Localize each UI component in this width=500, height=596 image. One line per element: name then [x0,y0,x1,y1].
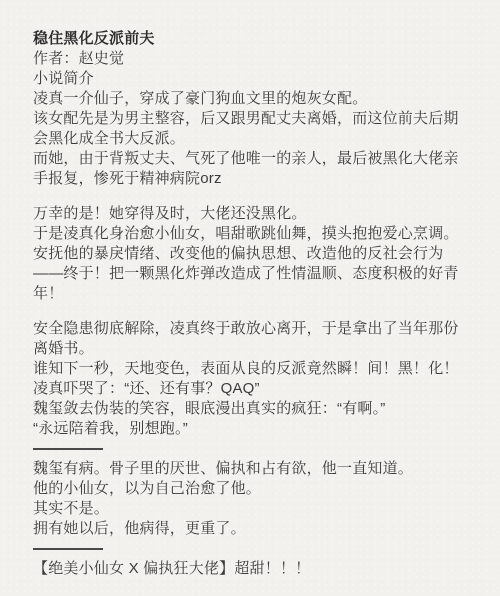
divider-line [33,448,103,450]
synopsis-paragraph: “永远陪着我，别想跑。” [33,419,468,439]
section-label: 小说简介 [33,69,468,89]
synopsis-paragraph: 谁知下一秒，天地变色，表面从良的反派竟然瞬！间！黑！化！ [33,359,468,379]
divider-line [33,548,103,550]
cp-tagline: 【绝美小仙女 X 偏执狂大佬】超甜！！！ [33,559,468,579]
synopsis-block-4: 魏玺有病。骨子里的厌世、偏执和占有欲，他一直知道。 他的小仙女，以为自己治愈了他… [33,459,468,539]
author-line: 作者：赵史觉 [33,49,468,69]
synopsis-paragraph: 而她，由于背叛丈夫、气死了他唯一的亲人，最后被黑化大佬亲手报复，惨死于精神病院o… [33,149,468,189]
synopsis-block-3: 安全隐患彻底解除，凌真终于敢放心离开，于是拿出了当年那份离婚书。 谁知下一秒，天… [33,319,468,439]
synopsis-paragraph: 安全隐患彻底解除，凌真终于敢放心离开，于是拿出了当年那份离婚书。 [33,319,468,359]
section-divider [33,439,468,459]
synopsis-paragraph: 该女配先是为男主整容，后又跟男配丈夫离婚，而这位前夫后期会黑化成全书大反派。 [33,109,468,149]
synopsis-paragraph: 拥有她以后，他病得，更重了。 [33,519,468,539]
synopsis-paragraph: 凌真吓哭了：“还、还有事？QAQ” [33,379,468,399]
synopsis-paragraph: 他的小仙女，以为自己治愈了他。 [33,479,468,499]
synopsis-paragraph: 万幸的是！她穿得及时，大佬还没黑化。 [33,204,468,224]
synopsis-block-2: 万幸的是！她穿得及时，大佬还没黑化。 于是凌真化身治愈小仙女，唱甜歌跳仙舞，摸头… [33,204,468,304]
synopsis-paragraph: 于是凌真化身治愈小仙女，唱甜歌跳仙舞，摸头抱抱爱心烹调。 [33,224,468,244]
synopsis-paragraph: 安抚他的暴戾情绪、改变他的偏执思想、改造他的反社会行为——终于！把一颗黑化炸弹改… [33,244,468,304]
synopsis-paragraph: 凌真一介仙子，穿成了豪门狗血文里的炮灰女配。 [33,89,468,109]
novel-title: 稳住黑化反派前夫 [33,29,468,49]
novel-intro-page: 稳住黑化反派前夫 作者：赵史觉 小说简介 凌真一介仙子，穿成了豪门狗血文里的炮灰… [0,0,500,596]
section-divider [33,539,468,559]
synopsis-paragraph: 魏玺敛去伪装的笑容，眼底漫出真实的疯狂：“有啊。” [33,399,468,419]
synopsis-paragraph: 其实不是。 [33,499,468,519]
synopsis-paragraph: 魏玺有病。骨子里的厌世、偏执和占有欲，他一直知道。 [33,459,468,479]
